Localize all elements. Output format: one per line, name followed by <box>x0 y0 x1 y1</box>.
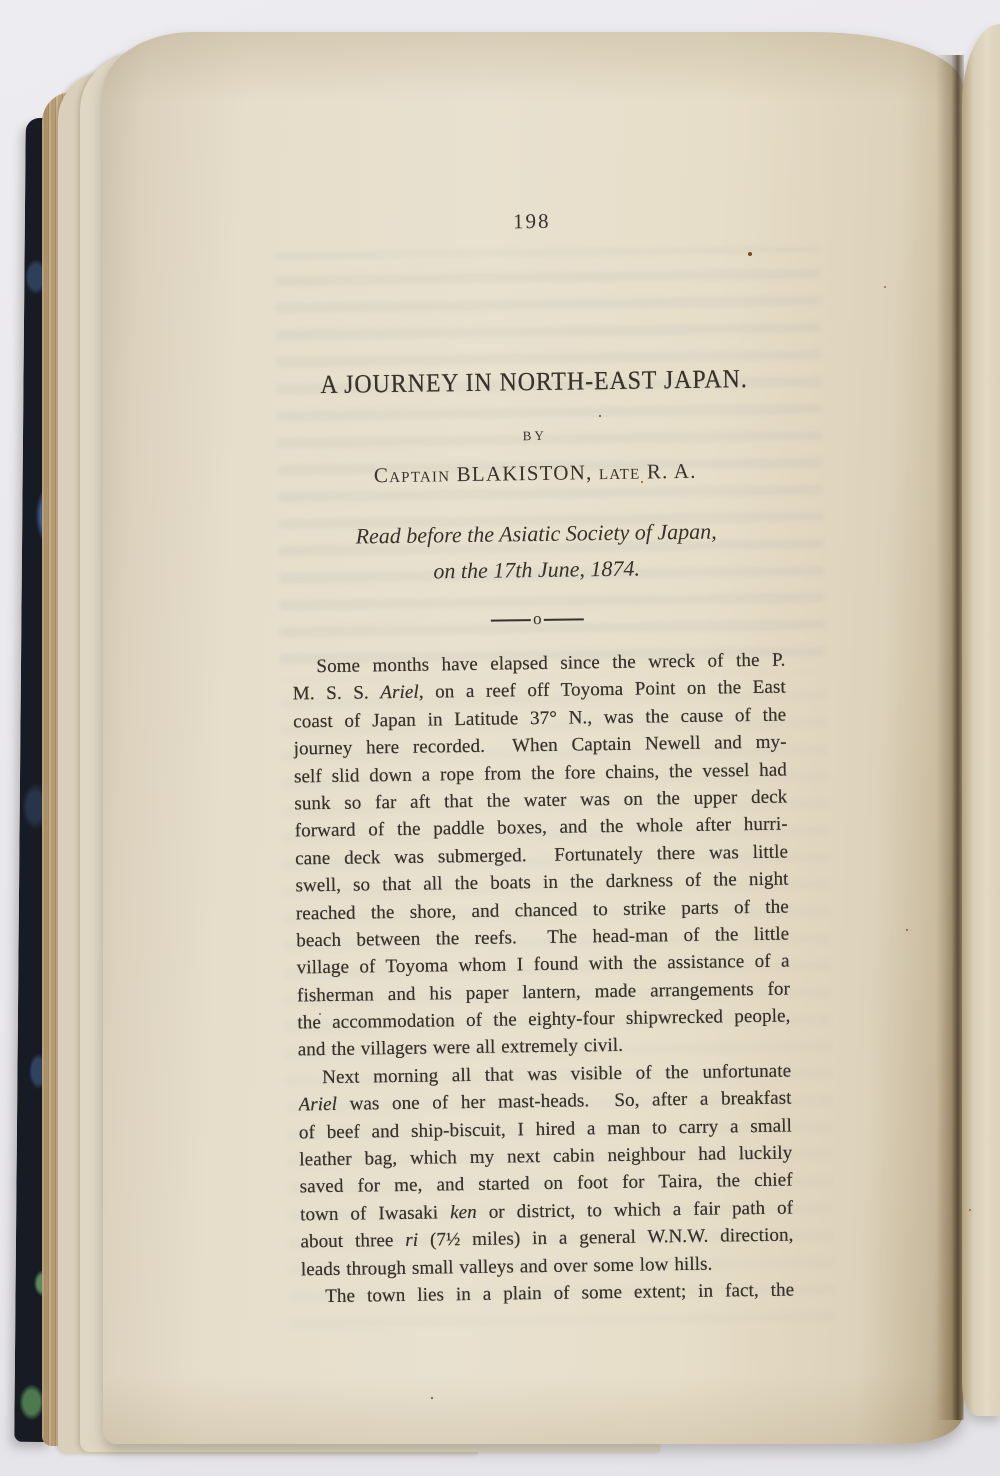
divider-ornament: o <box>533 610 542 627</box>
divider-line <box>491 619 531 622</box>
body-text-segment: coast of Japan in Latitude 37° N., was t… <box>293 704 786 732</box>
body-text-segment: cane deck was submerged. Fortunately the… <box>295 841 788 869</box>
body-text-segment: was one of her mast-heads. So, after a b… <box>337 1088 792 1115</box>
body-text-segment: beach between the reefs. The head-man of… <box>296 923 789 951</box>
author-initials: R. A. <box>647 459 697 484</box>
section-divider: o <box>290 608 785 632</box>
body-text-segment: sunk so far aft that the water was on th… <box>294 786 787 814</box>
body-text-segment: leads through small valleys and over som… <box>301 1253 713 1280</box>
body-text-segment: the accommodation of the eighty-four shi… <box>297 1006 790 1034</box>
body-text-italic: ri <box>405 1230 418 1251</box>
body-text-segment: or district, to which a fair path of <box>477 1197 794 1222</box>
body-text-italic: ken <box>450 1202 477 1223</box>
body-text-segment: leather bag, which my next cabin neighbo… <box>299 1143 792 1171</box>
body-text-segment: town of Iwasaki <box>300 1202 450 1225</box>
body-text-segment: about three <box>300 1230 405 1252</box>
body-text-segment: village of Toyoma whom I found with the … <box>297 951 790 979</box>
body-text-segment: self slid down a rope from the fore chai… <box>294 759 787 787</box>
page-number: 198 <box>284 192 779 238</box>
book-gutter <box>936 55 964 1420</box>
body-text-segment: forward of the paddle boxes, and the who… <box>295 814 788 842</box>
body-text-segment: saved for me, and started on foot for Ta… <box>300 1170 793 1198</box>
author-line: Captain BLAKISTON, late R. A. <box>288 458 783 490</box>
body-text-segment: The town lies in a plain of some extent;… <box>325 1279 794 1307</box>
photo-background: 198 A JOURNEY IN NORTH-EAST JAPAN. BY Ca… <box>0 0 1000 1476</box>
subtitle-line-1: Read before the Asiatic Society of Japan… <box>288 518 783 551</box>
author-late: late <box>599 460 641 485</box>
body-text-segment: , on a reef off Toyoma Point on the East <box>419 677 786 703</box>
article-title: A JOURNEY IN NORTH-EAST JAPAN. <box>306 364 762 400</box>
page-content: 198 A JOURNEY IN NORTH-EAST JAPAN. BY Ca… <box>284 192 795 1359</box>
author-name: BLAKISTON, <box>456 460 592 486</box>
body-text-segment: journey here recorded. When Captain Newe… <box>293 732 786 760</box>
body-text-italic: Ariel <box>380 682 419 704</box>
divider-line <box>544 618 584 621</box>
author-prefix: Captain <box>374 462 451 487</box>
body-text-segment: Some months have elapsed since the wreck… <box>316 650 785 678</box>
byline: BY <box>287 425 782 448</box>
body-text-segment: (7½ miles) in a general W.N.W. direction… <box>418 1225 794 1251</box>
body-line: The town lies in a plain of some extent;… <box>301 1276 794 1310</box>
subtitle-line-2: on the 17th June, 1874. <box>289 554 784 587</box>
body-text-italic: Ariel <box>298 1094 337 1116</box>
body-text-segment: of beef and ship-biscuit, I hired a man … <box>299 1115 792 1143</box>
facing-page-edge <box>962 24 1000 1416</box>
body-text-segment: fisherman and his paper lantern, made ar… <box>297 978 790 1006</box>
body-text-segment: reached the shore, and chanced to strike… <box>296 896 789 924</box>
body-text: Some months have elapsed since the wreck… <box>292 647 794 1311</box>
body-text-segment: and the villagers were all extremely civ… <box>298 1035 624 1061</box>
body-text-segment: M. S. S. <box>293 683 381 705</box>
body-text-segment: Next morning all that was visible of the… <box>322 1060 791 1088</box>
bleed-through-text <box>275 246 826 664</box>
body-text-segment: swell, so that all the boats in the dark… <box>295 869 788 897</box>
